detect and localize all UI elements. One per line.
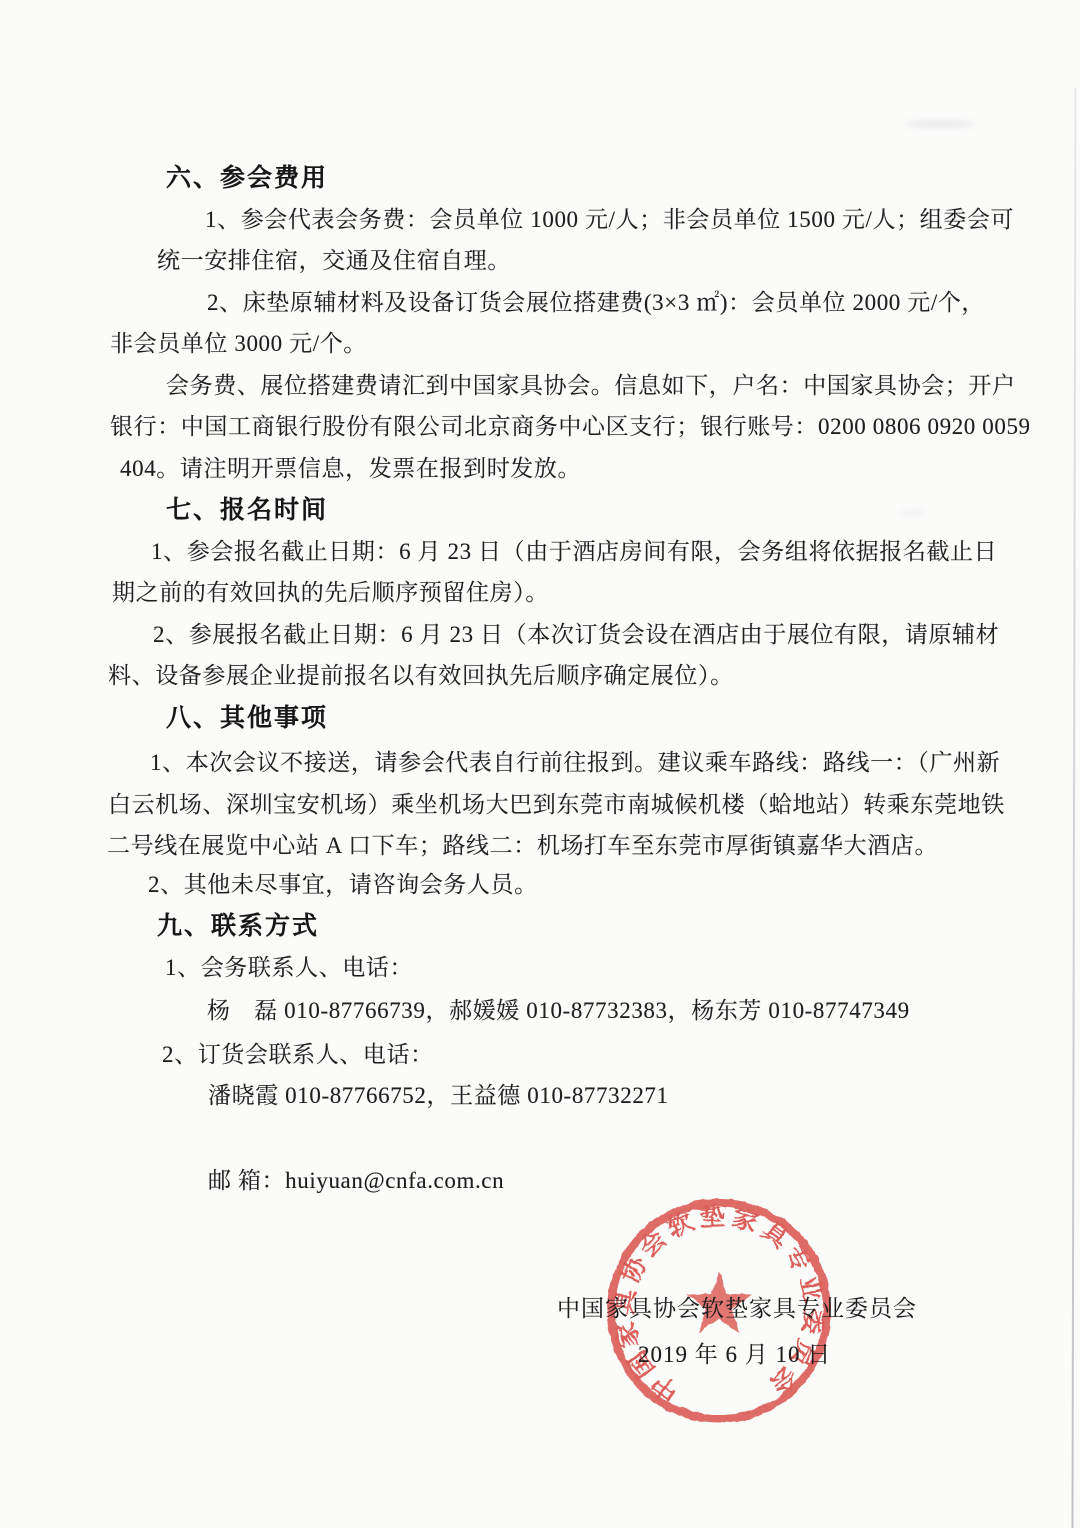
line-deadline-item2: 2、参展报名截止日期：6 月 23 日（本次订货会设在酒店由于展位有限，请原辅材 (153, 620, 999, 650)
line-payment-info-1: 会务费、展位搭建费请汇到中国家具协会。信息如下，户名：中国家具协会；开户 (166, 371, 1016, 401)
line-deadline-item1: 1、参会报名截止日期：6 月 23 日（由于酒店房间有限，会务组将依据报名截止日 (151, 537, 997, 567)
line-fee-item1: 1、参会代表会务费：会员单位 1000 元/人；非会员单位 1500 元/人；组… (205, 205, 1014, 235)
scan-smudge (900, 510, 926, 516)
heading-section-9-contact: 九、联系方式 (157, 911, 319, 941)
line-other-item1: 1、本次会议不接送，请参会代表自行前往报到。建议乘车路线：路线一：（广州新 (150, 748, 1000, 778)
line-other-item1-cont2: 二号线在展览中心站 A 口下车；路线二：机场打车至东莞市厚街镇嘉华大酒店。 (107, 831, 938, 861)
line-other-item2: 2、其他未尽事宜，请咨询会务人员。 (148, 870, 538, 900)
scanned-document-page: 六、参会费用 1、参会代表会务费：会员单位 1000 元/人；非会员单位 150… (0, 0, 1080, 1528)
line-contact-item2: 2、订货会联系人、电话： (162, 1040, 434, 1070)
heading-section-7-deadline: 七、报名时间 (166, 495, 328, 525)
line-fee-item1-cont: 统一安排住宿，交通及住宿自理。 (157, 246, 511, 276)
line-other-item1-cont1: 白云机场、深圳宝安机场）乘坐机场大巴到东莞市南城候机楼（蛤地站）转乘东莞地铁 (108, 790, 1005, 820)
signature-org: 中国家具协会软垫家具专业委员会 (557, 1290, 917, 1323)
scan-smudge (905, 120, 975, 128)
line-contact-phones-2: 潘晓霞 010-87766752，王益德 010-87732271 (208, 1081, 669, 1111)
line-contact-phones-1: 杨 磊 010-87766739，郝媛媛 010-87732383，杨东芳 01… (207, 996, 910, 1026)
line-deadline-item1-cont: 期之前的有效回执的先后顺序预留住房）。 (112, 578, 549, 608)
line-contact-item1: 1、会务联系人、电话： (165, 953, 413, 983)
heading-section-8-other: 八、其他事项 (166, 703, 328, 733)
line-payment-info-3: 404。请注明开票信息，发票在报到时发放。 (120, 454, 581, 484)
heading-section-6-fees: 六、参会费用 (166, 163, 328, 193)
line-deadline-item2-cont: 料、设备参展企业提前报名以有效回执先后顺序确定展位）。 (108, 661, 734, 691)
scan-edge-artifact-line (1071, 88, 1076, 1528)
line-payment-info-2: 银行：中国工商银行股份有限公司北京商务中心区支行；银行账号：0200 0806 … (110, 412, 1031, 442)
line-fee-item2: 2、床垫原辅材料及设备订货会展位搭建费(3×3 ㎡)：会员单位 2000 元/个… (207, 288, 985, 318)
line-fee-item2-cont: 非会员单位 3000 元/个。 (110, 329, 367, 359)
line-email: 邮 箱：huiyuan@cnfa.com.cn (208, 1166, 504, 1196)
signature-date: 2019 年 6 月 10 日 (638, 1336, 831, 1369)
